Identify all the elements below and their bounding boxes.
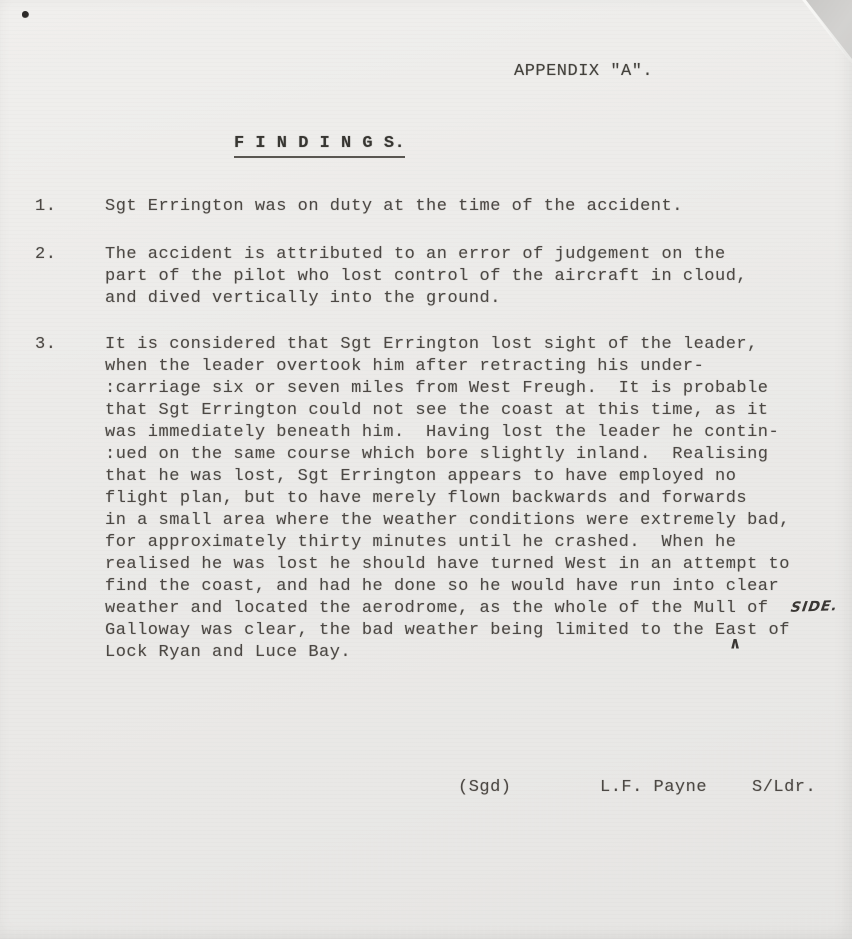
item-line: for approximately thirty minutes until h…: [105, 532, 790, 554]
finding-item: 3. It is considered that Sgt Errington l…: [35, 334, 790, 664]
item-line: Galloway was clear, the bad weather bein…: [105, 620, 790, 642]
signature-name: L.F. Payne: [600, 778, 707, 797]
item-line: that he was lost, Sgt Errington appears …: [105, 466, 790, 488]
finding-item: 2. The accident is attributed to an erro…: [35, 244, 747, 310]
finding-item: 1. Sgt Errington was on duty at the time…: [35, 196, 683, 218]
item-line: Sgt Errington was on duty at the time of…: [105, 196, 683, 218]
insertion-caret-icon: ∧: [729, 633, 741, 653]
item-line: that Sgt Errington could not see the coa…: [105, 400, 790, 422]
item-line: and dived vertically into the ground.: [105, 288, 747, 310]
item-line: It is considered that Sgt Errington lost…: [105, 334, 790, 356]
signature-rank: S/Ldr.: [752, 778, 816, 797]
findings-heading: F I N D I N G S.: [234, 134, 405, 158]
item-line: find the coast, and had he done so he wo…: [105, 576, 790, 598]
signature-sgd: (Sgd): [458, 778, 512, 797]
item-line: was immediately beneath him. Having lost…: [105, 422, 790, 444]
item-line: when the leader overtook him after retra…: [105, 356, 790, 378]
item-number: 1.: [35, 196, 56, 218]
item-number: 2.: [35, 244, 56, 266]
item-line: in a small area where the weather condit…: [105, 510, 790, 532]
item-line: :carriage six or seven miles from West F…: [105, 378, 790, 400]
document-page: APPENDIX "A". F I N D I N G S. 1. Sgt Er…: [0, 0, 852, 939]
item-line: The accident is attributed to an error o…: [105, 244, 747, 266]
item-number: 3.: [35, 334, 56, 356]
item-body: It is considered that Sgt Errington lost…: [105, 334, 790, 664]
paper-speck: [22, 11, 29, 18]
item-line: realised he was lost he should have turn…: [105, 554, 790, 576]
item-body: Sgt Errington was on duty at the time of…: [105, 196, 683, 218]
item-line: :ued on the same course which bore sligh…: [105, 444, 790, 466]
handwritten-side-note: SIDE.: [790, 598, 839, 616]
item-body: The accident is attributed to an error o…: [105, 244, 747, 310]
item-line: flight plan, but to have merely flown ba…: [105, 488, 790, 510]
item-line: weather and located the aerodrome, as th…: [105, 598, 790, 620]
item-line: Lock Ryan and Luce Bay.: [105, 642, 790, 664]
appendix-label: APPENDIX "A".: [514, 62, 653, 81]
item-line: part of the pilot who lost control of th…: [105, 266, 747, 288]
